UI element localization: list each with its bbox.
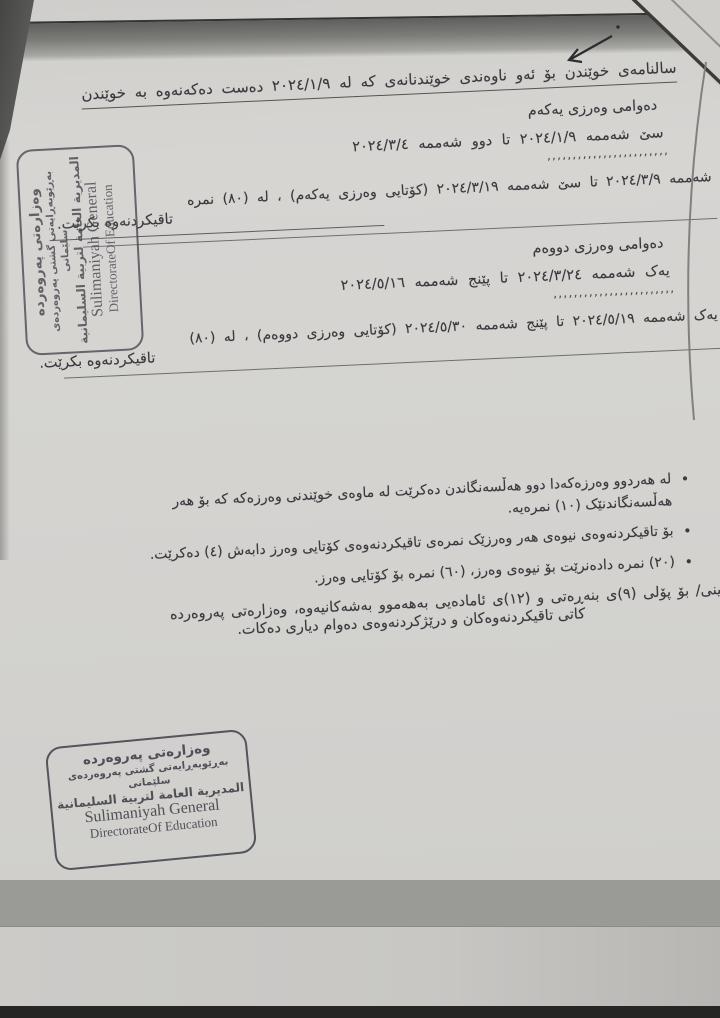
scan-bottom-dark-edge <box>0 1006 720 1018</box>
official-stamp-bottom: وەزارەتی پەروەردە بەڕێوبەڕایەتی گشتی پەر… <box>45 729 258 872</box>
scanned-document-photo: سالنامەی خوێندن بۆ ئەو ناوەندی خوێندنانە… <box>0 0 720 1018</box>
official-stamp-side: وەزارەتی پەروەردە بەڕێوبەڕایەتی گشتی پەر… <box>16 144 145 356</box>
bullet-dot-icon: • <box>684 552 693 574</box>
bullet-dot-icon: • <box>680 469 689 491</box>
scan-bottom-shadow-band <box>0 872 720 926</box>
underlying-sheet-strip <box>0 926 720 1007</box>
document-body: سالنامەی خوێندن بۆ ئەو ناوەندی خوێندنانە… <box>21 56 720 646</box>
bullet-dot-icon: • <box>683 522 692 544</box>
scan-left-smudge <box>0 140 10 560</box>
